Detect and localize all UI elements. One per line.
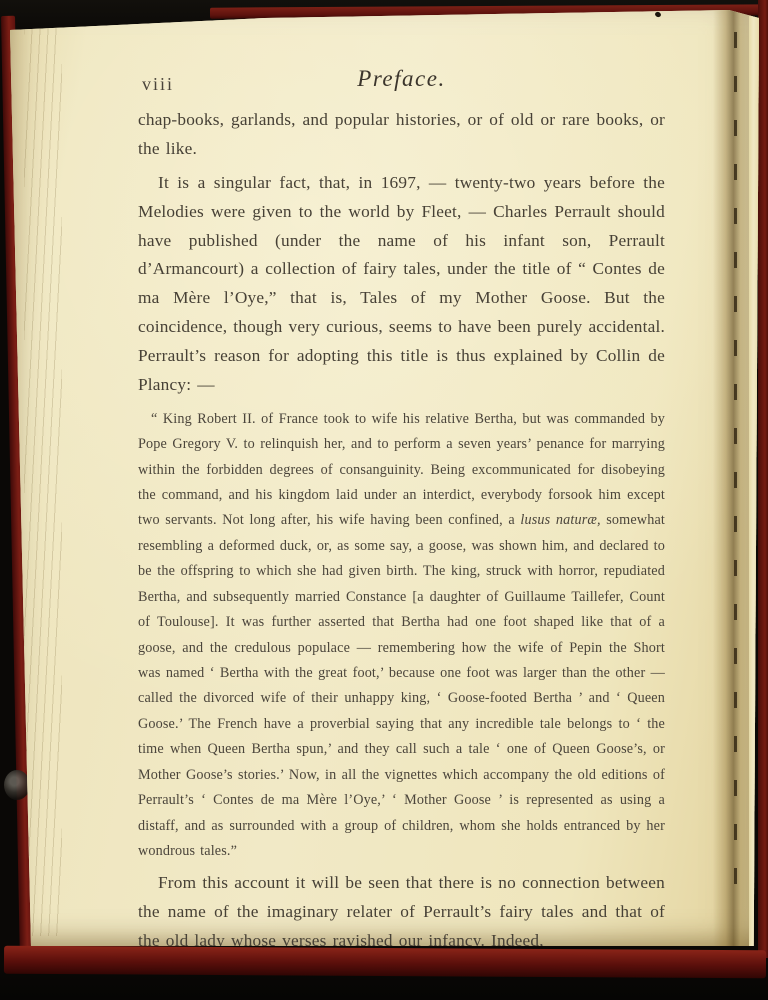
page-number: viii: [142, 74, 174, 95]
block-quote-collin-de-plancy: “ King Robert II. of France took to wife…: [138, 407, 665, 865]
text-block: viii Preface. chap-books, garlands, and …: [138, 64, 665, 956]
book-cover-right-edge: [758, 0, 768, 958]
book-cover-bottom-edge: [4, 946, 766, 979]
quote-text-before-italic: “ King Robert II. of France took to wife…: [138, 411, 665, 529]
paragraph-continuation: chap-books, garlands, and popular histor…: [138, 106, 665, 164]
page-gutter-shadow: [713, 8, 749, 946]
page-crease-lines: [24, 20, 62, 936]
book-page: viii Preface. chap-books, garlands, and …: [10, 8, 759, 946]
scanner-clamp-screw: [4, 770, 30, 800]
paragraph-singular-fact: It is a singular fact, that, in 1697, — …: [138, 169, 665, 400]
ink-speck: [654, 11, 661, 18]
quote-latin-phrase: lusus naturæ,: [520, 512, 600, 528]
paragraph-conclusion: From this account it will be seen that t…: [138, 869, 665, 956]
page-header: viii Preface.: [138, 64, 665, 106]
photographed-book-scene: viii Preface. chap-books, garlands, and …: [0, 0, 768, 1000]
running-title: Preface.: [138, 64, 665, 92]
quote-text-after-italic: somewhat resembling a deformed duck, or,…: [138, 512, 665, 858]
